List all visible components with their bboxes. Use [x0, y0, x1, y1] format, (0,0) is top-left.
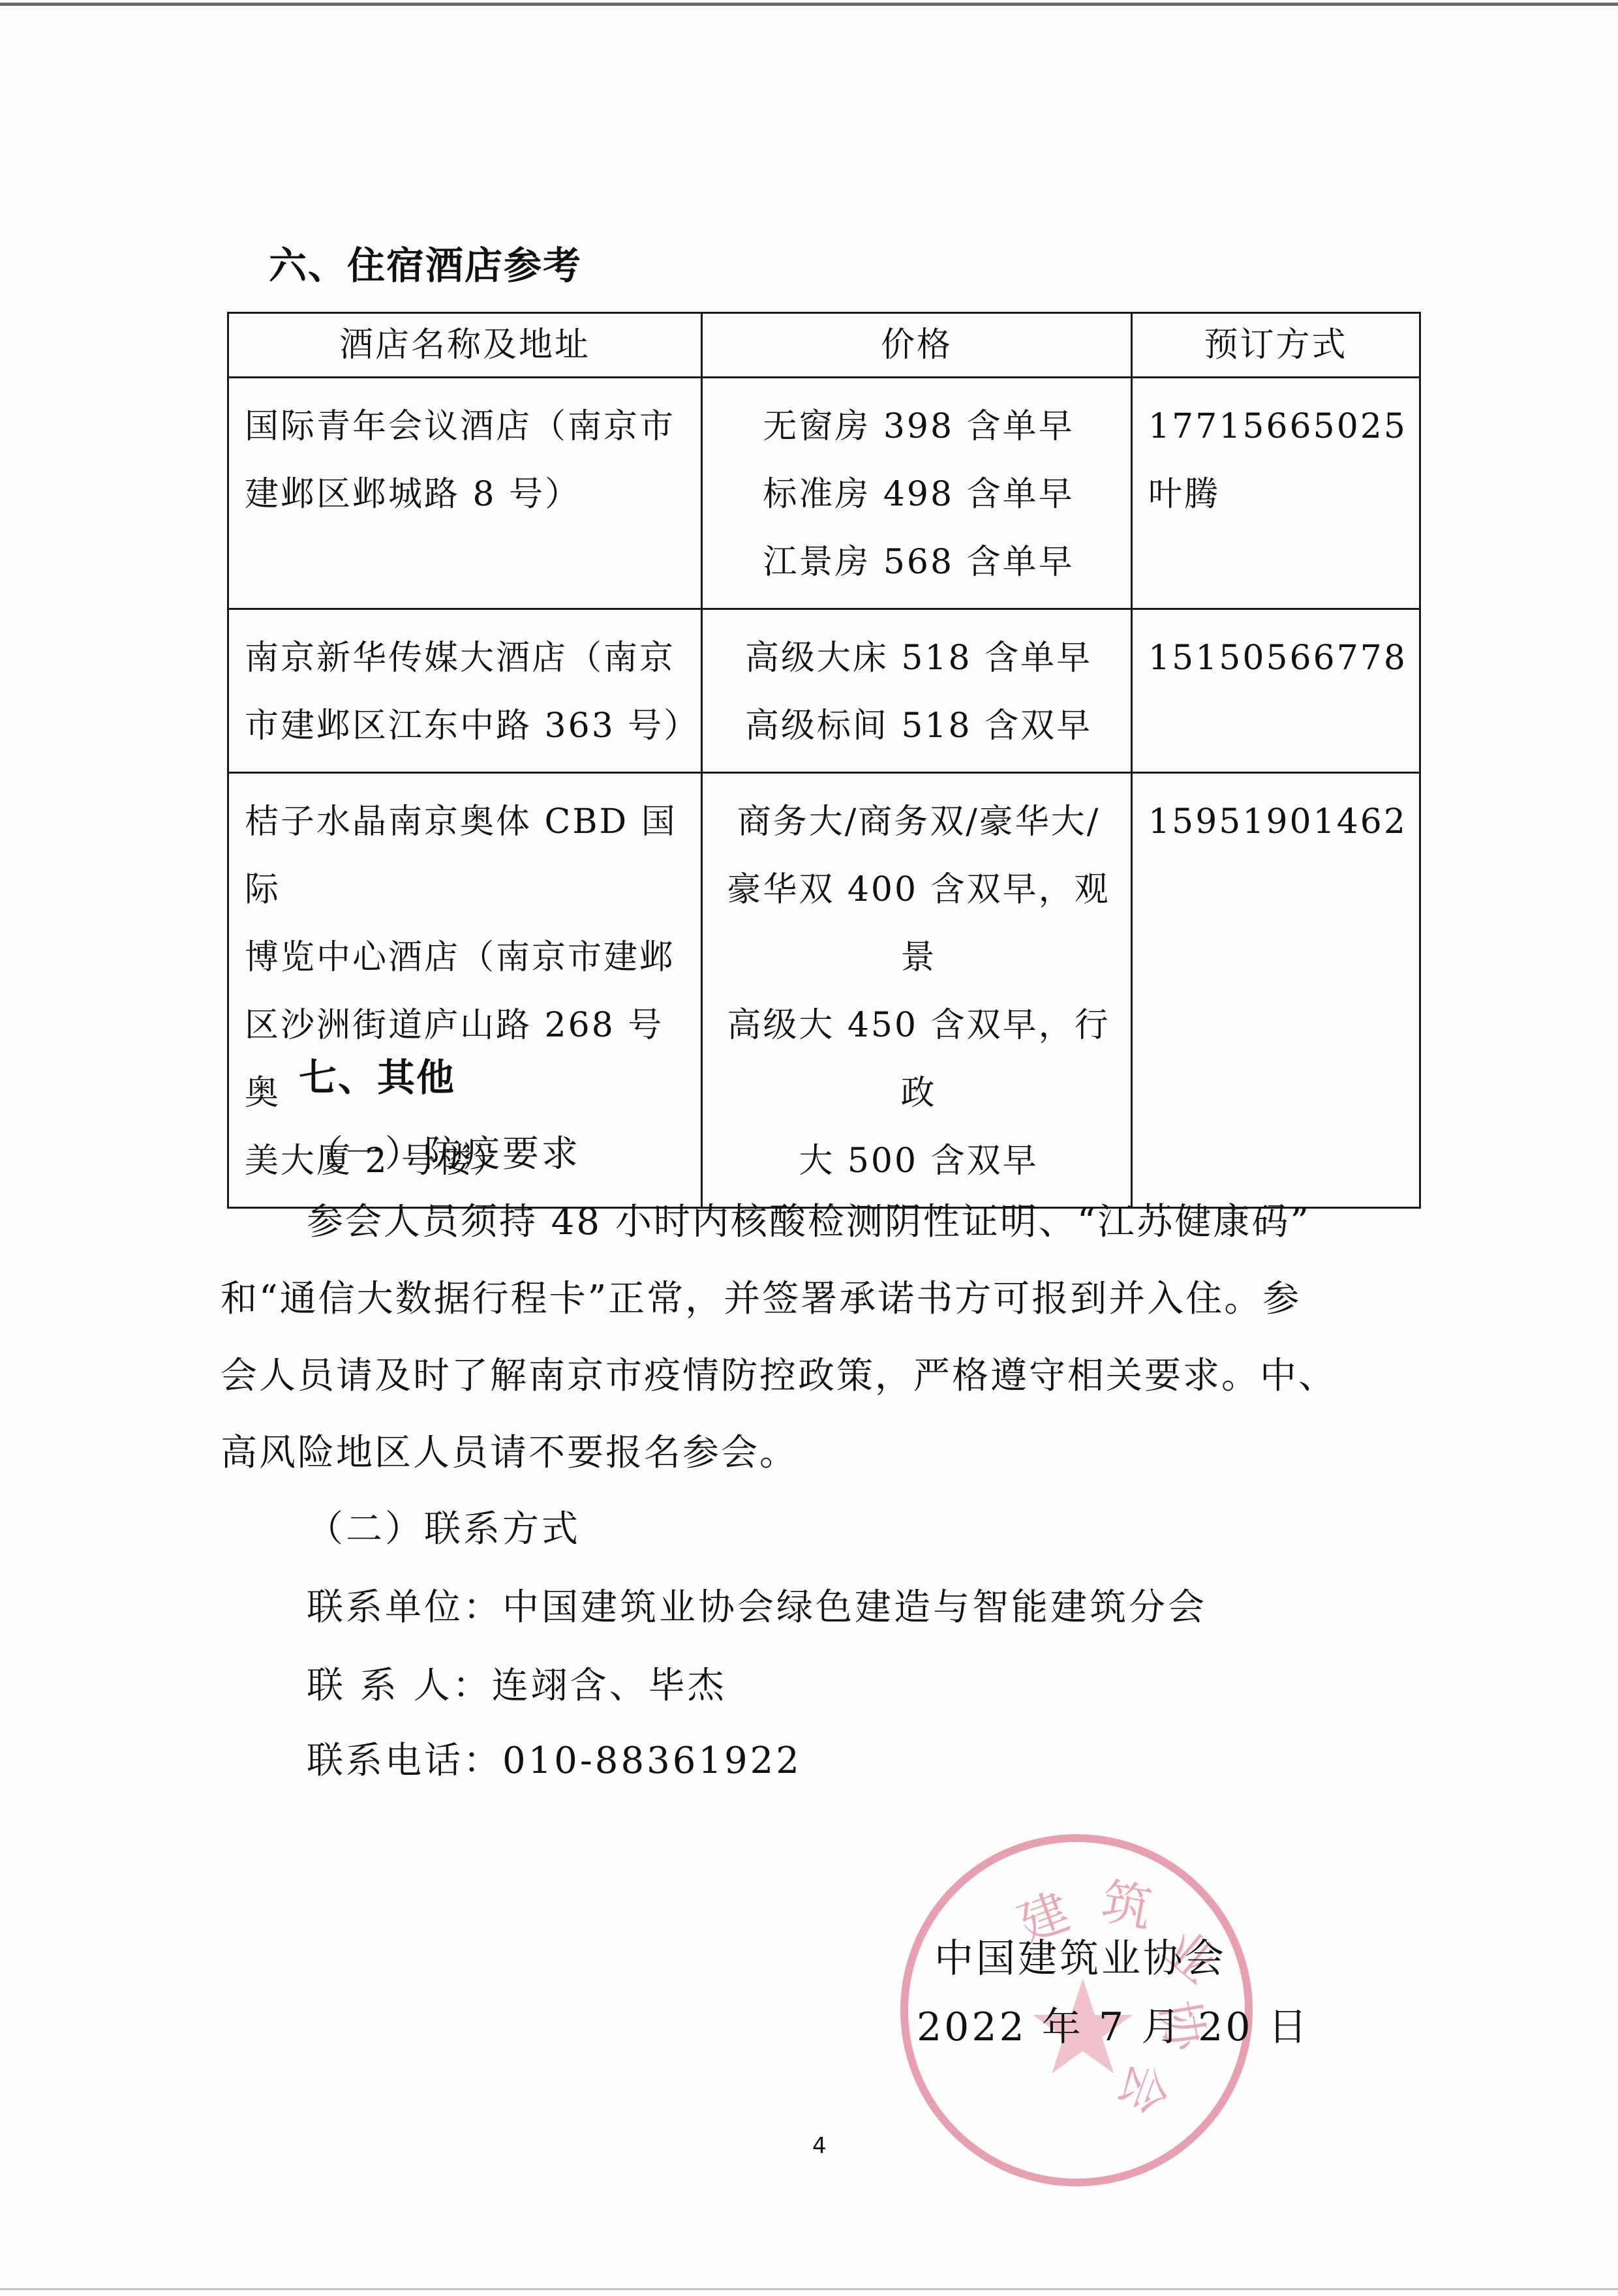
header-hotel: 酒店名称及地址 [228, 313, 702, 378]
table-row: 南京新华传媒大酒店（南京 市建邺区江东中路 363 号） 高级大床 518 含单… [228, 609, 1420, 773]
paragraph-line: 参会人员须持 48 小时内核酸检测阴性证明、“江苏健康码” [221, 1184, 1427, 1261]
booking-cell: 15951901462 [1132, 773, 1420, 1208]
scan-top-edge [0, 3, 1618, 6]
signature-org: 中国建筑业协会 [934, 1927, 1227, 1984]
price-cell: 无窗房 398 含单早 标准房 498 含单早 江景房 568 含单早 [701, 378, 1131, 609]
table-row: 国际青年会议酒店（南京市 建邺区邺城路 8 号） 无窗房 398 含单早 标准房… [228, 378, 1420, 609]
paragraph-line: 会人员请及时了解南京市疫情防控政策，严格遵守相关要求。中、 [221, 1338, 1427, 1415]
scan-bottom-edge [0, 2288, 1618, 2290]
contact-unit-label: 联系单位： [307, 1586, 502, 1629]
contact-person-value: 连翊含、毕杰 [492, 1665, 727, 1707]
hotel-line: 国际青年会议酒店（南京市 [245, 393, 689, 461]
contact-person: 联 系 人：连翊含、毕杰 [307, 1657, 727, 1709]
hotel-line: 建邺区邺城路 8 号） [245, 461, 689, 528]
contact-phone-value: 010-88361922 [502, 1740, 802, 1782]
booking-cell: 17715665025 叶腾 [1132, 378, 1420, 609]
contact-person-label: 联 系 人： [307, 1665, 492, 1707]
subsection-contact-title: （二）联系方式 [307, 1500, 581, 1552]
section-6-title: 六、住宿酒店参考 [269, 235, 582, 290]
price-line: 商务大/商务双/豪华大/ [718, 788, 1119, 856]
price-line: 高级大 450 含双早，行政 [718, 991, 1119, 1127]
header-price: 价格 [701, 313, 1131, 378]
price-cell: 高级大床 518 含单早 高级标间 518 含双早 [701, 609, 1131, 773]
hotel-line: 博览中心酒店（南京市建邺 [245, 924, 689, 991]
booking-phone: 15951901462 [1148, 788, 1407, 856]
price-line: 高级大床 518 含单早 [718, 624, 1119, 692]
contact-phone: 联系电话：010-88361922 [307, 1732, 802, 1784]
header-booking: 预订方式 [1132, 313, 1420, 378]
epidemic-paragraph: 参会人员须持 48 小时内核酸检测阴性证明、“江苏健康码” 和“通信大数据行程卡… [221, 1184, 1427, 1492]
hotel-line: 南京新华传媒大酒店（南京 [245, 624, 689, 692]
hotel-cell: 南京新华传媒大酒店（南京 市建邺区江东中路 363 号） [228, 609, 702, 773]
price-line: 高级标间 518 含双早 [718, 692, 1119, 760]
price-line: 标准房 498 含单早 [718, 461, 1119, 528]
booking-phone: 15150566778 [1148, 624, 1407, 692]
signature-date: 2022 年 7 月 20 日 [917, 1996, 1310, 2052]
booking-contact: 叶腾 [1148, 461, 1407, 528]
booking-phone: 17715665025 [1148, 393, 1407, 461]
contact-phone-label: 联系电话： [307, 1740, 502, 1782]
hotel-cell: 国际青年会议酒店（南京市 建邺区邺城路 8 号） [228, 378, 702, 609]
paragraph-line: 高风险地区人员请不要报名参会。 [221, 1415, 1427, 1492]
hotel-line: 市建邺区江东中路 363 号） [245, 692, 689, 760]
table-header-row: 酒店名称及地址 价格 预订方式 [228, 313, 1420, 378]
booking-cell: 15150566778 [1132, 609, 1420, 773]
section-7-title: 七、其他 [299, 1047, 455, 1102]
price-line: 江景房 568 含单早 [718, 528, 1119, 596]
hotel-line: 桔子水晶南京奥体 CBD 国际 [245, 788, 689, 924]
contact-unit: 联系单位：中国建筑业协会绿色建造与智能建筑分会 [307, 1578, 1207, 1631]
price-cell: 商务大/商务双/豪华大/ 豪华双 400 含双早，观景 高级大 450 含双早，… [701, 773, 1131, 1208]
paragraph-line: 和“通信大数据行程卡”正常，并签署承诺书方可报到并入住。参 [221, 1261, 1427, 1338]
page-number: 4 [812, 2133, 827, 2159]
price-line: 豪华双 400 含双早，观景 [718, 856, 1119, 991]
subsection-epidemic-title: （一）防疫要求 [307, 1125, 581, 1177]
price-line: 无窗房 398 含单早 [718, 393, 1119, 461]
contact-unit-value: 中国建筑业协会绿色建造与智能建筑分会 [502, 1586, 1207, 1629]
